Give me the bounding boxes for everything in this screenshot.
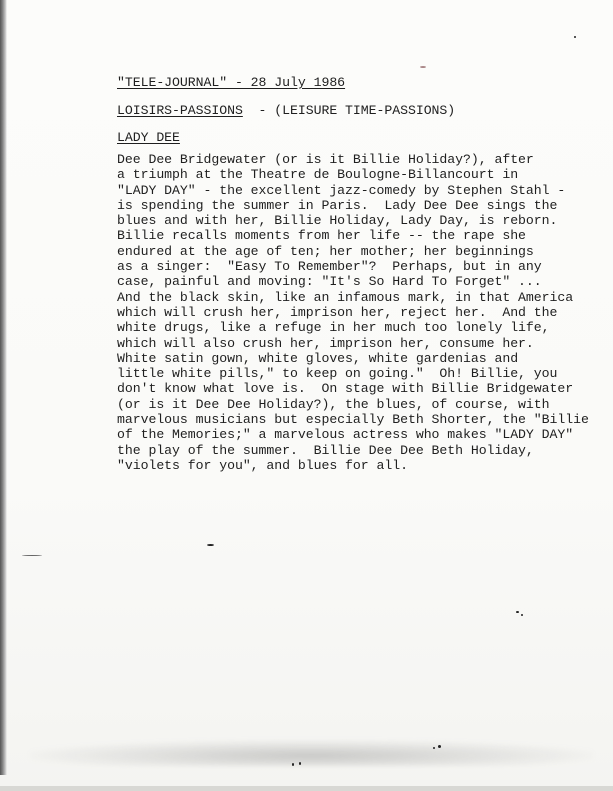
body-line: is spending the summer in Paris. Lady De… — [117, 198, 587, 213]
body-line: Billie recalls moments from her life -- … — [117, 228, 587, 243]
section-title-french: LOISIRS-PASSIONS — [117, 103, 243, 118]
scan-speck — [433, 747, 435, 749]
scan-smudge — [30, 740, 593, 766]
body-line: which will also crush her, imprison her,… — [117, 336, 587, 351]
scan-speck — [420, 66, 426, 68]
body-line: as a singer: "Easy To Remember"? Perhaps… — [117, 259, 587, 274]
scan-speck — [516, 611, 519, 613]
body-line: "violets for you", and blues for all. — [117, 458, 587, 473]
scan-speck — [299, 762, 301, 765]
body-line: don't know what love is. On stage with B… — [117, 381, 587, 396]
body-line: endured at the age of ten; her mother; h… — [117, 244, 587, 259]
document-page: "TELE-JOURNAL" - 28 July 1986 LOISIRS-PA… — [0, 0, 613, 791]
scan-speck — [574, 36, 576, 38]
scan-speck — [292, 763, 294, 766]
body-line: white drugs, like a refuge in her much t… — [117, 320, 587, 335]
header-source: "TELE-JOURNAL" - 28 July 1986 — [117, 75, 345, 90]
body-line: case, painful and moving: "It's So Hard … — [117, 274, 587, 289]
body-line: blues and with her, Billie Holiday, Lady… — [117, 213, 587, 228]
body-line: the play of the summer. Billie Dee Dee B… — [117, 443, 587, 458]
section-title-english: - (LEISURE TIME-PASSIONS) — [243, 103, 455, 118]
body-line: of the Memories;" a marvelous actress wh… — [117, 427, 587, 442]
body-line: "LADY DAY" - the excellent jazz-comedy b… — [117, 183, 587, 198]
scan-bottom-edge — [0, 786, 613, 791]
article-body: Dee Dee Bridgewater (or is it Billie Hol… — [117, 152, 587, 473]
section-line: LOISIRS-PASSIONS - (LEISURE TIME-PASSION… — [117, 103, 455, 118]
scan-left-edge — [0, 0, 7, 775]
scan-speck — [22, 555, 42, 556]
body-line: And the black skin, like an infamous mar… — [117, 290, 587, 305]
body-line: White satin gown, white gloves, white ga… — [117, 351, 587, 366]
scan-speck — [207, 544, 214, 546]
body-line: (or is it Dee Dee Holiday?), the blues, … — [117, 397, 587, 412]
body-line: marvelous musicians but especially Beth … — [117, 412, 587, 427]
body-line: which will crush her, imprison her, reje… — [117, 305, 587, 320]
body-line: little white pills," to keep on going." … — [117, 366, 587, 381]
body-line: a triumph at the Theatre de Boulogne-Bil… — [117, 167, 587, 182]
body-line: Dee Dee Bridgewater (or is it Billie Hol… — [117, 152, 587, 167]
scan-speck — [438, 745, 441, 748]
article-title: LADY DEE — [117, 130, 180, 145]
scan-speck — [521, 614, 523, 616]
